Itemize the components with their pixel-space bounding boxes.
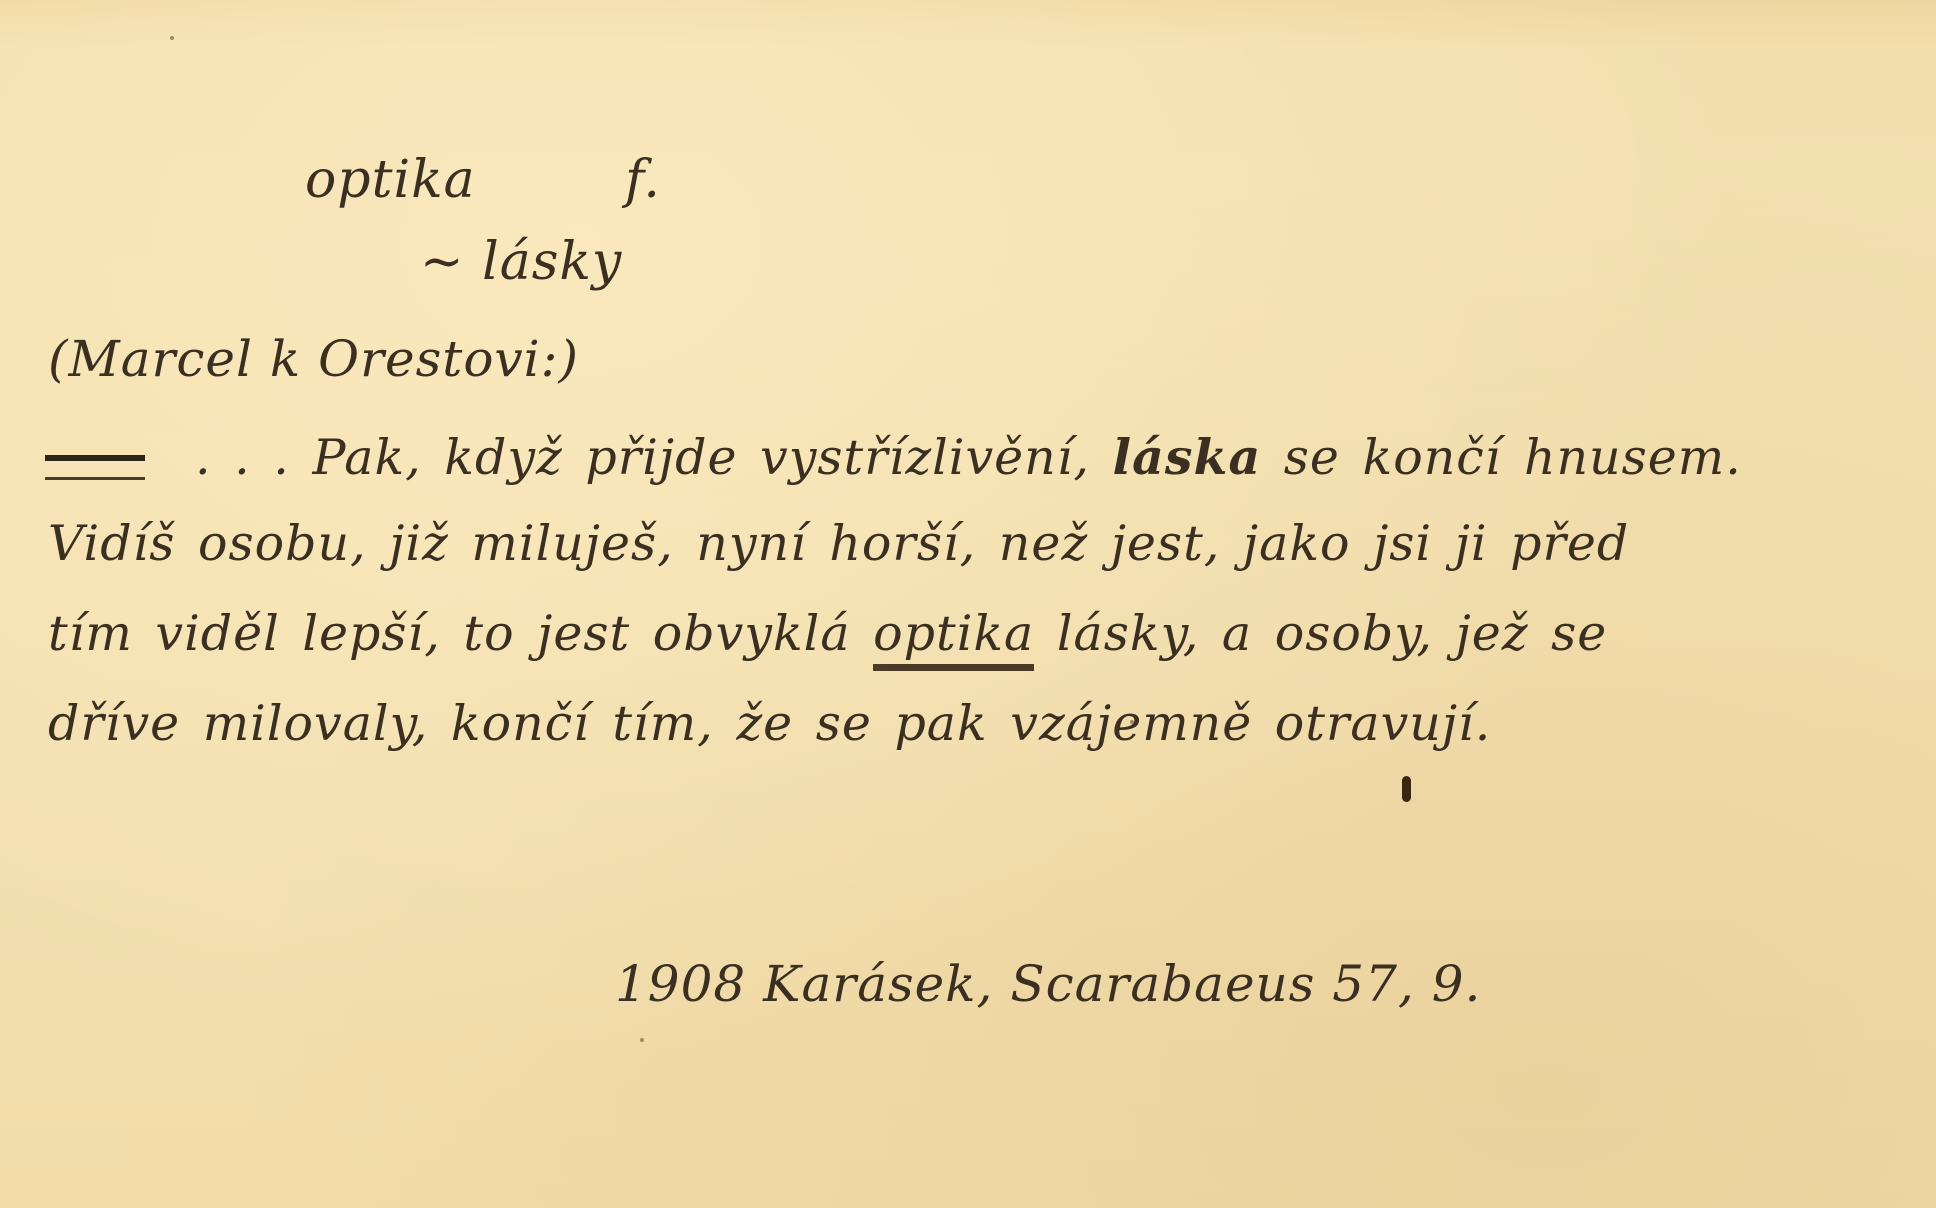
double-dash-mark bbox=[45, 455, 145, 480]
emphasized-word: láska bbox=[1113, 428, 1262, 486]
quote-line-4: dříve milovaly, končí tím, že se pak vzá… bbox=[48, 695, 1491, 752]
quote-text: lásky, a osoby, jež se bbox=[1034, 605, 1607, 662]
paper-speck bbox=[1130, 720, 1134, 724]
paper-speck bbox=[170, 36, 174, 40]
quote-text: Pak, když přijde vystřízlivění, bbox=[312, 429, 1112, 486]
ink-blot bbox=[1402, 776, 1411, 802]
headword: optika bbox=[305, 150, 476, 210]
quote-text: tím viděl lepší, to jest obvyklá bbox=[48, 605, 873, 662]
quote-line-1: . . . Pak, když přijde vystřízlivění, lá… bbox=[195, 428, 1742, 486]
source-citation: 1908 Karásek, Scarabaeus 57, 9. bbox=[615, 955, 1481, 1013]
underlined-headword: optika bbox=[873, 605, 1034, 671]
quote-text: se končí hnusem. bbox=[1261, 429, 1742, 486]
paper-speck bbox=[640, 1038, 644, 1042]
grammar-label: f. bbox=[625, 150, 661, 210]
context-note: (Marcel k Orestovi:) bbox=[48, 330, 579, 388]
phrase-entry: ~ lásky bbox=[420, 232, 622, 292]
ellipsis: . . . bbox=[195, 429, 312, 486]
quote-line-3: tím viděl lepší, to jest obvyklá optika … bbox=[48, 605, 1607, 662]
dictionary-slip: optika f. ~ lásky (Marcel k Orestovi:) .… bbox=[0, 0, 1936, 1208]
quote-line-2: Vidíš osobu, již miluješ, nyní horší, ne… bbox=[48, 515, 1629, 572]
